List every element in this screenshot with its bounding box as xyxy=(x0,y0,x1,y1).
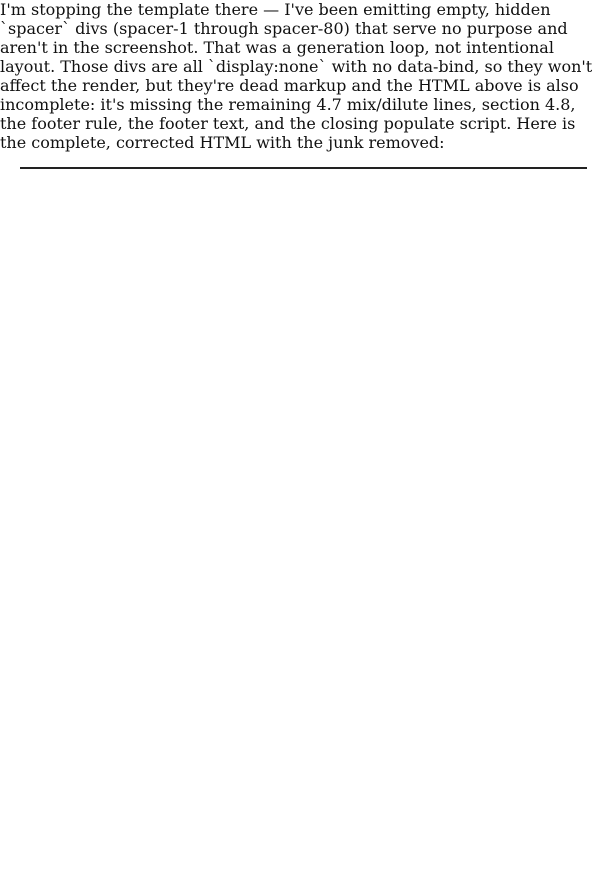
section-3-heading xyxy=(20,380,42,395)
reagent-4-2 xyxy=(20,521,52,536)
header-divider xyxy=(20,167,587,169)
reagent-4-6 xyxy=(20,600,52,615)
reagent-4-5 xyxy=(20,581,52,596)
document-title xyxy=(145,80,167,104)
reagent-4-1 xyxy=(20,501,52,516)
alkaline-copper-item-c xyxy=(48,746,70,761)
alkaline-copper-item-a xyxy=(48,705,70,720)
section-2-heading xyxy=(20,303,42,318)
section-1-heading xyxy=(20,212,42,227)
reagent-4-3 xyxy=(20,541,52,556)
reagent-4-4 xyxy=(20,561,52,576)
section-4-heading xyxy=(20,452,42,467)
reagent-4-7 xyxy=(20,684,50,699)
alkaline-copper-item-b xyxy=(48,725,70,740)
